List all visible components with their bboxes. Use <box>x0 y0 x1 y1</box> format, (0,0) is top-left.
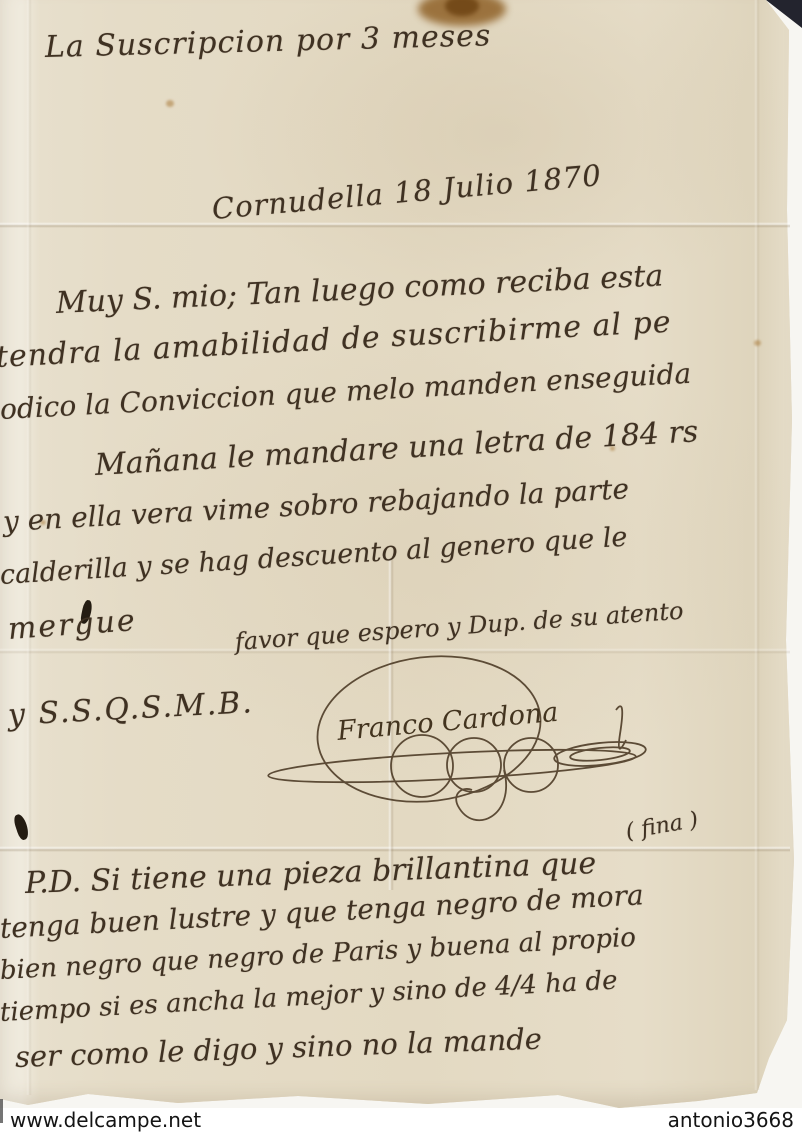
scan-edge-artifact <box>0 1099 3 1123</box>
watermark-site-text: www.delcampe.net <box>10 1108 201 1132</box>
watermark-seller-text: antonio3668 <box>668 1108 794 1132</box>
signature-rubric: Franco Cardona <box>260 648 680 848</box>
scanned-letter: La Suscripcion por 3 meses Cornudella 18… <box>0 0 802 1132</box>
signature-name: Franco Cardona <box>335 697 560 747</box>
